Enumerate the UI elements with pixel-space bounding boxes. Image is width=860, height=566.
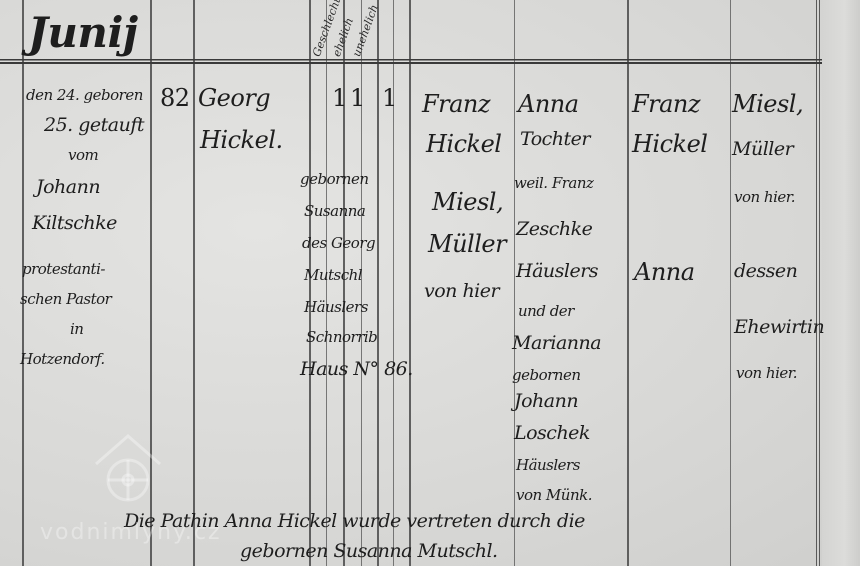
mill-wheel-watermark-icon (88, 430, 168, 510)
note-line: Mutschl (304, 268, 362, 283)
column-rule (193, 0, 195, 566)
mother-father-surname: Zeschke (516, 220, 592, 239)
father-first-name: Franz (422, 92, 490, 116)
tally-mark: 1 (382, 86, 397, 110)
mother-mother-father: Johann (514, 392, 578, 411)
father-occupation: Müller (428, 232, 506, 256)
column-rule (627, 0, 629, 566)
mother-father-name: weil. Franz (514, 176, 593, 191)
mother-first-name: Anna (518, 92, 579, 116)
footnote-line: gebornen Susanna Mutschl. (240, 542, 498, 561)
godfather-first-name: Franz (632, 92, 700, 116)
tally-mark: 1 (350, 86, 365, 110)
godfather-house-name: Miesl, (732, 92, 803, 116)
column-rule (730, 0, 731, 566)
mother-mother-residence: von Münk. (516, 488, 592, 503)
godmother-relation: dessen (734, 262, 797, 281)
officiant-surname: Kiltschke (32, 214, 117, 233)
child-surname: Hickel. (200, 128, 283, 152)
mother-mother-nee: gebornen (512, 368, 580, 383)
note-line: Susanna (304, 204, 365, 219)
godmother-role: Ehewirtin (734, 318, 824, 337)
child-first-name: Georg (198, 86, 270, 110)
officiant-place-prefix: in (70, 322, 83, 337)
mother-mother-surname: Loschek (514, 424, 590, 443)
godfather-occupation: Müller (732, 140, 793, 159)
tally-mark: 1 (332, 86, 347, 110)
note-line: gebornen (300, 172, 368, 187)
mother-mother-occupation: Häuslers (516, 458, 580, 473)
note-line: Häuslers (304, 300, 368, 315)
officiant-first-name: Johann (36, 178, 100, 197)
column-rule (514, 0, 515, 566)
father-residence: von hier (424, 282, 499, 301)
officiant-prefix: vom (68, 148, 98, 163)
father-surname: Hickel (426, 132, 501, 156)
column-rule (816, 0, 820, 566)
officiant-title: schen Pastor (20, 292, 111, 307)
month-header: Junij (28, 12, 138, 54)
note-line: Haus N° 86. (300, 360, 413, 379)
mother-father-occupation: Häuslers (516, 262, 598, 281)
house-number: 82 (160, 86, 190, 110)
header-rule (0, 59, 822, 64)
register-page: Junij Geschlecht ehelich unehelich den 2… (0, 0, 860, 566)
column-rule (409, 0, 411, 566)
mother-relation: Tochter (520, 130, 590, 149)
godmother-first-name: Anna (634, 260, 695, 284)
birth-date: den 24. geboren (26, 88, 143, 103)
officiant-title: protestanti- (22, 262, 105, 277)
godfather-surname: Hickel (632, 132, 707, 156)
baptism-date: 25. getauft (44, 116, 144, 135)
column-rule (22, 0, 24, 566)
note-line: des Georg (302, 236, 375, 251)
godfather-residence: von hier. (734, 190, 795, 205)
paper-edge (822, 0, 860, 566)
watermark-text: vodnimlyny.cz (40, 520, 222, 545)
mother-mother-name: Marianna (512, 334, 601, 353)
mother-conjunction: und der (518, 304, 574, 319)
column-rule (377, 0, 379, 566)
father-house-name: Miesl, (432, 190, 503, 214)
note-line: Schnorrib (306, 330, 377, 345)
officiant-place: Hotzendorf. (20, 352, 105, 367)
godmother-residence: von hier. (736, 366, 797, 381)
